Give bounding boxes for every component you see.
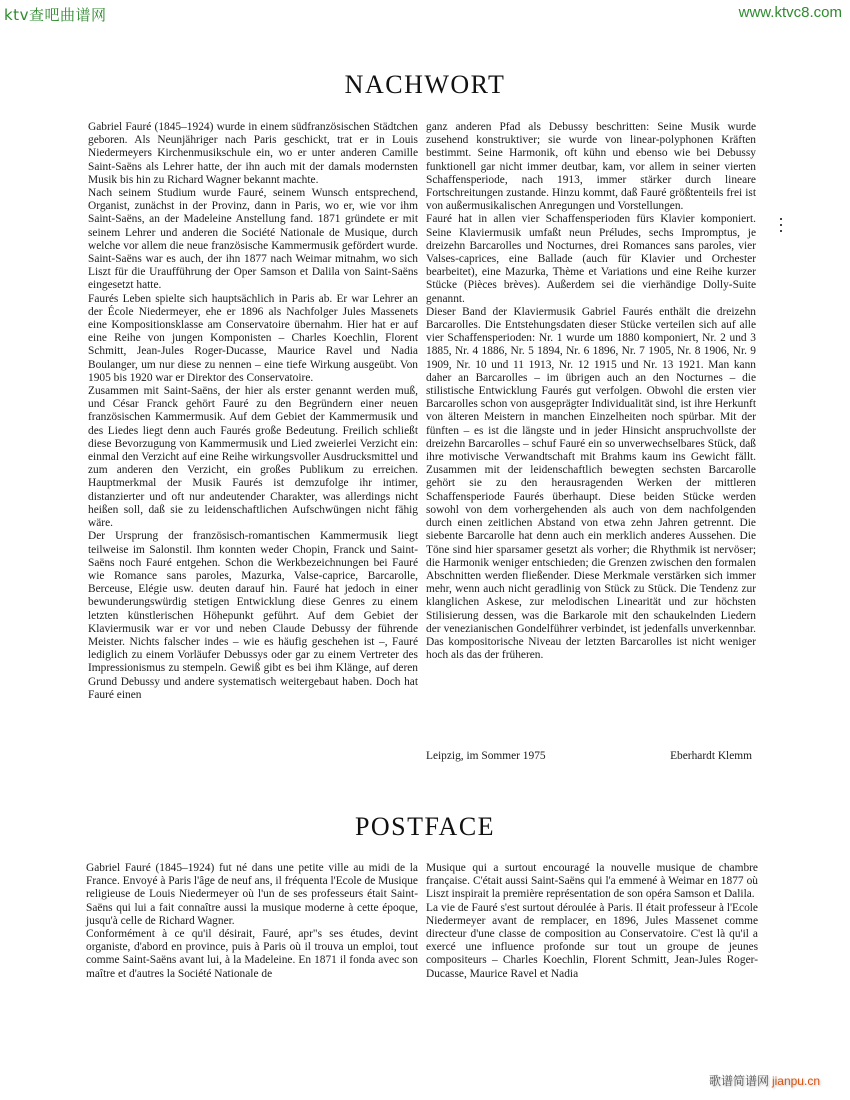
paragraph: Dieser Band der Klaviermusik Gabriel Fau… [426,306,756,662]
paragraph: La vie de Fauré s'est surtout déroulée à… [426,902,758,981]
postface-right-column: Musique qui a surtout encouragé la nouve… [426,862,758,981]
paragraph: Conformément à ce qu'il désirait, Fauré,… [86,928,418,981]
postface-left-column: Gabriel Fauré (1845–1924) fut né dans un… [86,862,418,981]
signature-author: Eberhardt Klemm [670,750,752,762]
paragraph: Der Ursprung der französisch-romantische… [88,530,418,702]
watermark-top-right: www.ktvc8.com [739,4,842,21]
paragraph: Fauré hat in allen vier Schaffensperiode… [426,213,756,305]
watermark-bottom-url: jianpu.cn [772,1074,820,1088]
nachwort-title: NACHWORT [0,70,850,100]
paragraph: Nach seinem Studium wurde Fauré, seinem … [88,187,418,293]
postface-title: POSTFACE [0,812,850,842]
watermark-bottom-cn: 歌谱简谱网 [709,1074,769,1088]
watermark-bottom-right: 歌谱简谱网jianpu.cn [709,1072,820,1089]
watermark-top-left: ktv查吧曲谱网 [4,4,106,25]
paragraph: Musique qui a surtout encouragé la nouve… [426,862,758,902]
signature-place-date: Leipzig, im Sommer 1975 [426,750,546,762]
signature-line: Leipzig, im Sommer 1975 Eberhardt Klemm [426,750,752,762]
paragraph: Gabriel Fauré (1845–1924) fut né dans un… [86,862,418,928]
paragraph: ganz anderen Pfad als Debussy beschritte… [426,121,756,213]
nachwort-right-column: ganz anderen Pfad als Debussy beschritte… [426,121,756,662]
paragraph: Faurés Leben spielte sich hauptsächlich … [88,293,418,385]
margin-marks [780,218,784,236]
paragraph: Gabriel Fauré (1845–1924) wurde in einem… [88,121,418,187]
nachwort-left-column: Gabriel Fauré (1845–1924) wurde in einem… [88,121,418,702]
paragraph: Zusammen mit Saint-Saëns, der hier als e… [88,385,418,530]
